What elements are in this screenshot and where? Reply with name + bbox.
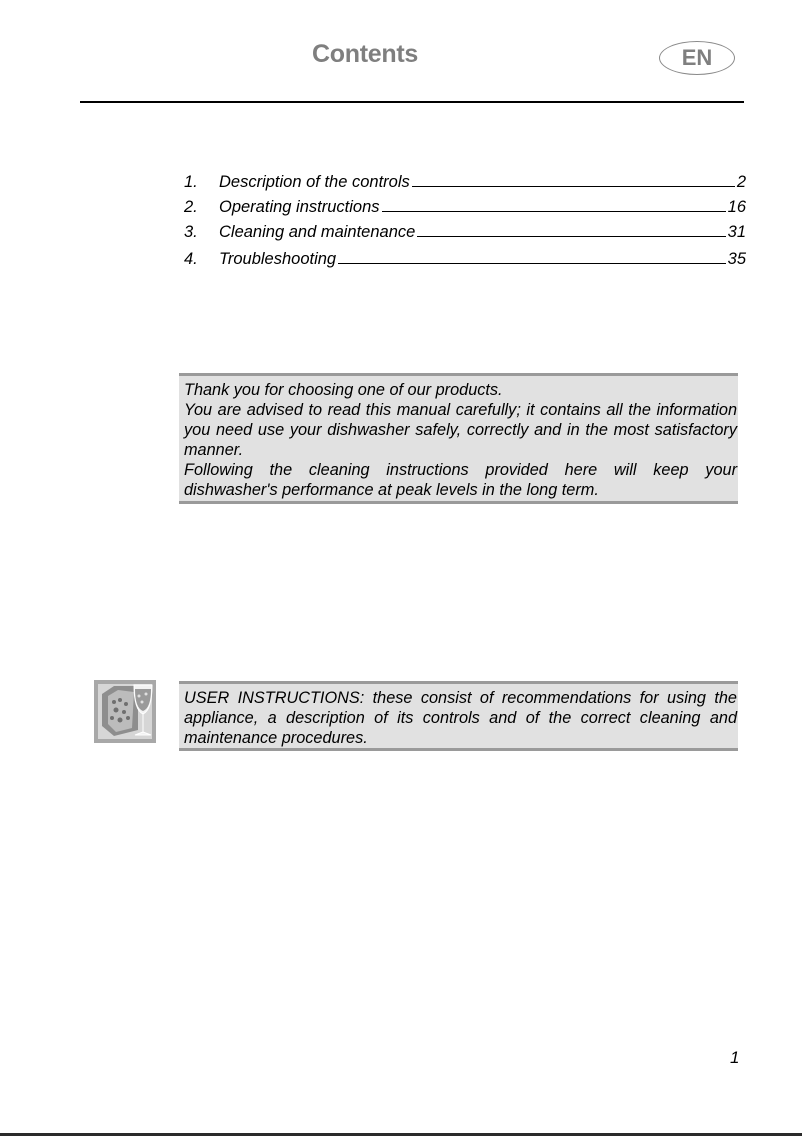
toc-label: Operating instructions: [219, 198, 380, 217]
toc-entry[interactable]: 4. Troubleshooting 35: [184, 244, 746, 269]
toc-page-number: 2: [737, 173, 746, 192]
table-of-contents: 1. Description of the controls 2 2. Oper…: [184, 167, 746, 269]
toc-leader-line: [417, 235, 725, 237]
toc-page-number: 16: [728, 198, 746, 217]
toc-number: 2.: [184, 198, 219, 217]
intro-advice-text: You are advised to read this manual care…: [184, 400, 737, 460]
toc-leader-line: [338, 262, 726, 264]
intro-thanks-text: Thank you for choosing one of our produc…: [184, 380, 737, 400]
toc-page-number: 31: [728, 223, 746, 242]
intro-note-box: Thank you for choosing one of our produc…: [179, 373, 738, 504]
page-number: 1: [730, 1048, 739, 1068]
intro-cleaning-text: Following the cleaning instructions prov…: [184, 460, 737, 500]
toc-leader-line: [382, 210, 726, 212]
toc-number: 3.: [184, 223, 219, 242]
page-title: Contents: [0, 40, 730, 69]
user-instructions-box: USER INSTRUCTIONS: these consist of reco…: [179, 681, 738, 751]
user-instructions-text: USER INSTRUCTIONS: these consist of reco…: [184, 688, 737, 748]
toc-label: Description of the controls: [219, 173, 410, 192]
toc-entry[interactable]: 2. Operating instructions 16: [184, 192, 746, 217]
toc-entry[interactable]: 3. Cleaning and maintenance 31: [184, 217, 746, 242]
toc-page-number: 35: [728, 250, 746, 269]
dishwasher-glass-icon: [94, 680, 156, 743]
toc-label: Cleaning and maintenance: [219, 223, 415, 242]
toc-number: 1.: [184, 173, 219, 192]
language-badge: EN: [659, 41, 735, 75]
header-divider: [80, 101, 744, 103]
toc-leader-line: [412, 185, 735, 187]
toc-label: Troubleshooting: [219, 250, 336, 269]
toc-number: 4.: [184, 250, 219, 269]
toc-entry[interactable]: 1. Description of the controls 2: [184, 167, 746, 192]
